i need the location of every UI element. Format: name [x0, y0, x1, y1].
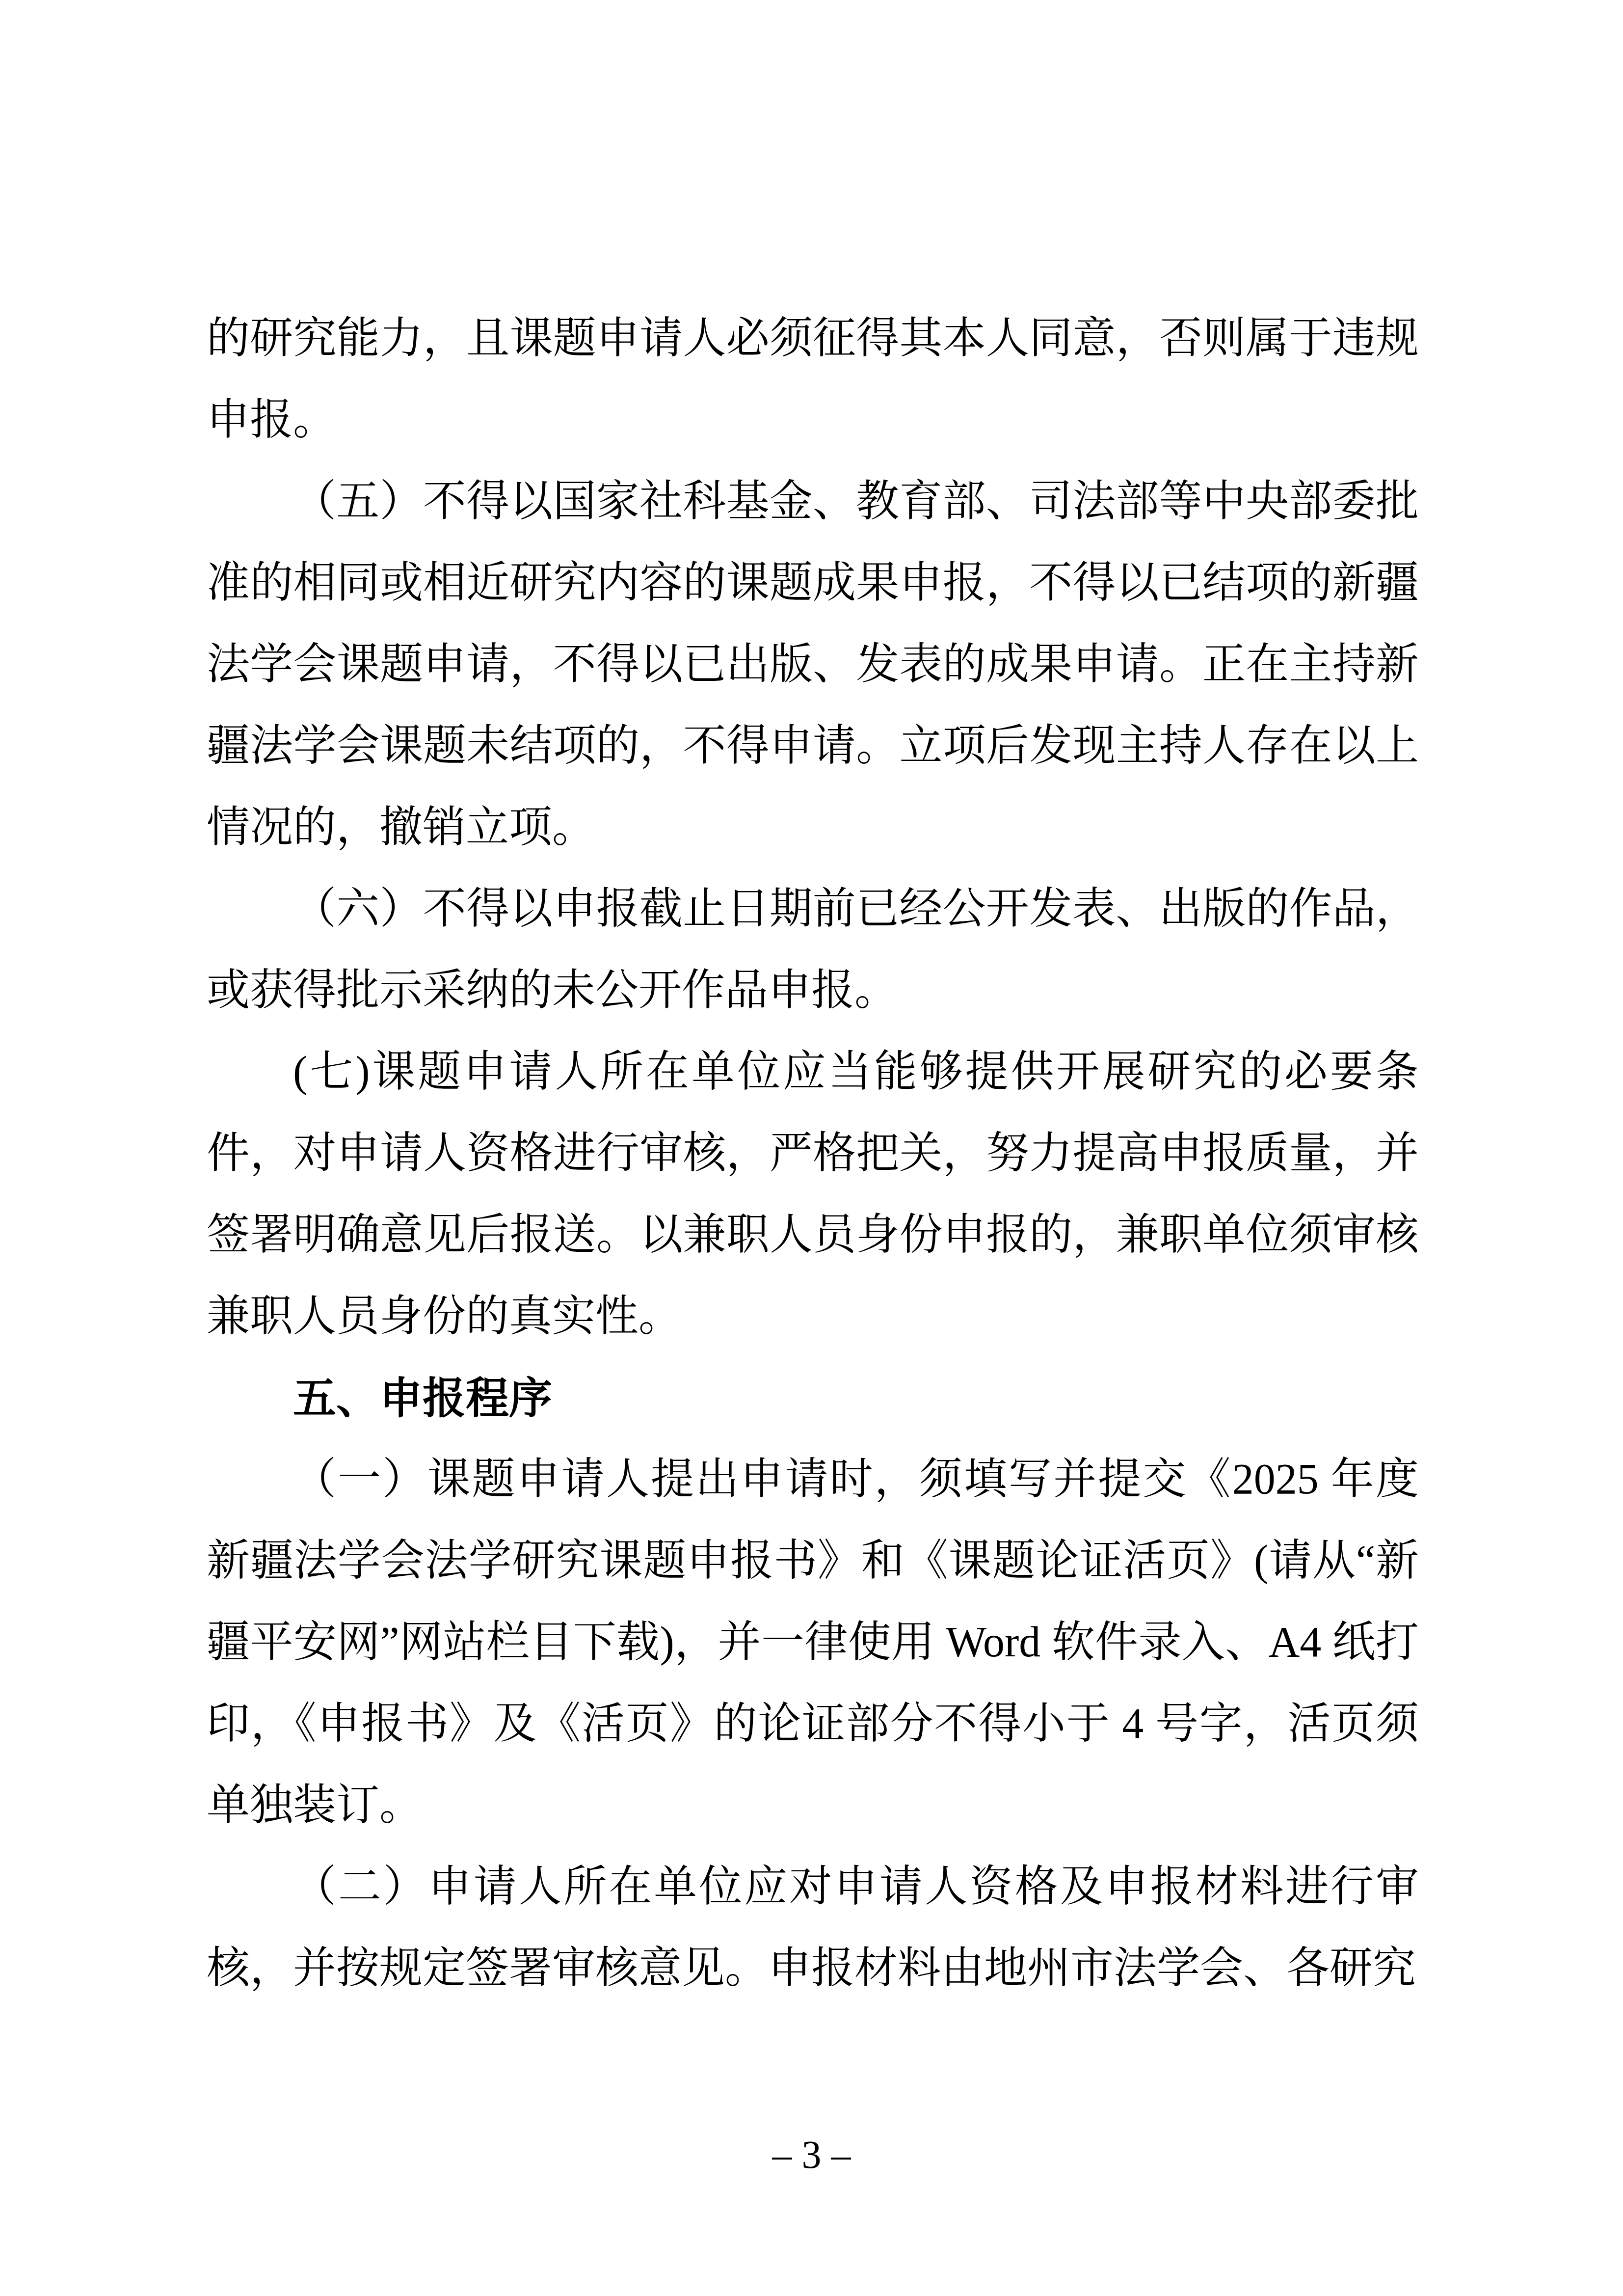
- paragraph-item-6: （六）不得以申报截止日期前已经公开发表、出版的作品，或获得批示采纳的未公开作品申…: [207, 868, 1419, 1031]
- document-page: 的研究能力，且课题申请人必须征得其本人同意，否则属于违规申报。 （五）不得以国家…: [0, 0, 1623, 2296]
- section-heading-application-procedure: 五、申报程序: [207, 1357, 1419, 1439]
- document-body: 的研究能力，且课题申请人必须征得其本人同意，否则属于违规申报。 （五）不得以国家…: [207, 298, 1419, 2009]
- paragraph-item-2: （二）申请人所在单位应对申请人资格及申报材料进行审核，并按规定签署审核意见。申报…: [207, 1846, 1419, 2009]
- paragraph-continuation: 的研究能力，且课题申请人必须征得其本人同意，否则属于违规申报。: [207, 298, 1419, 461]
- page-number: – 3 –: [0, 2131, 1623, 2180]
- paragraph-item-5: （五）不得以国家社科基金、教育部、司法部等中央部委批准的相同或相近研究内容的课题…: [207, 461, 1419, 868]
- paragraph-item-7: (七)课题申请人所在单位应当能够提供开展研究的必要条件，对申请人资格进行审核，严…: [207, 1031, 1419, 1357]
- paragraph-item-1: （一）课题申请人提出申请时，须填写并提交《2025 年度新疆法学会法学研究课题申…: [207, 1439, 1419, 1846]
